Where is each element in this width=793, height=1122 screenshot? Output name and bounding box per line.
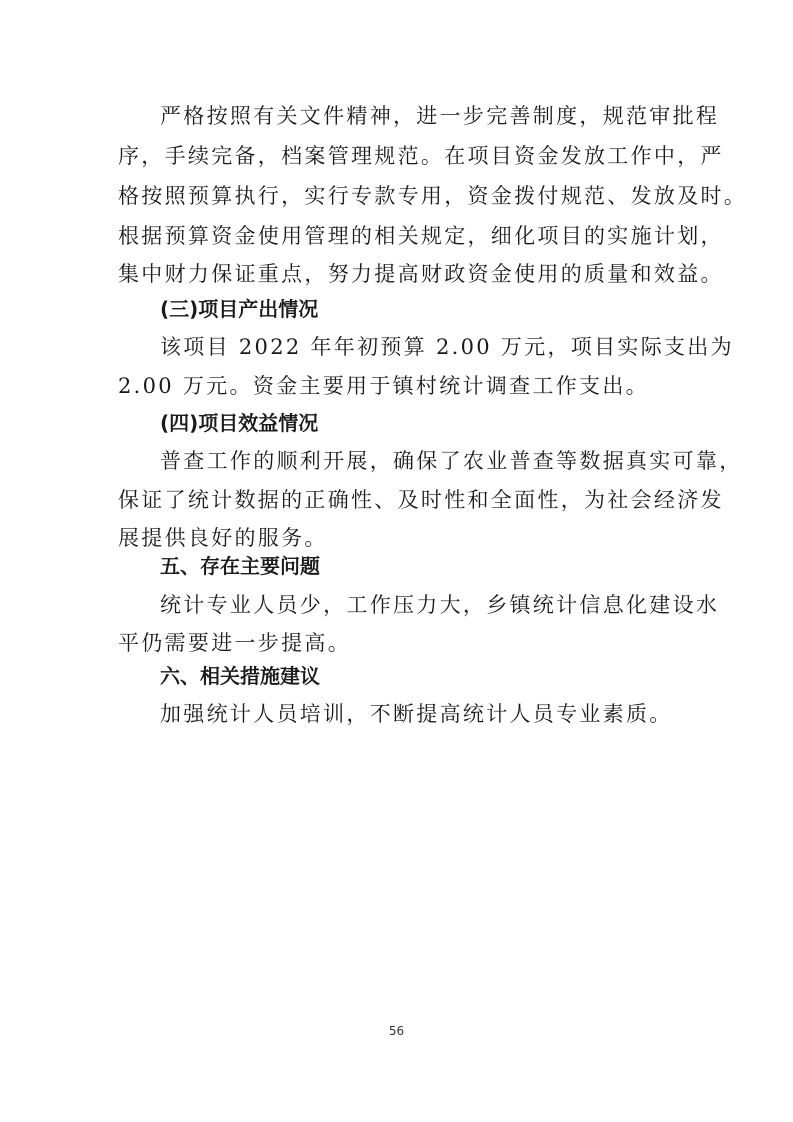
- paragraph-line: 2.00 万元。资金主要用于镇村统计调查工作支出。: [118, 371, 649, 401]
- paragraph-line: 集中财力保证重点，努力提高财政资金使用的质量和效益。: [118, 259, 724, 289]
- paragraph-line: 严格按照有关文件精神，进一步完善制度，规范审批程: [160, 101, 719, 131]
- paragraph-line: 格按照预算执行，实行专款专用，资金拨付规范、发放及时。: [118, 181, 747, 211]
- paragraph-line: 该项目 2022 年年初预算 2.00 万元，项目实际支出为: [160, 332, 734, 362]
- paragraph-line: 普查工作的顺利开展，确保了农业普查等数据真实可靠，: [160, 446, 743, 476]
- paragraph-line: 序，手续完备，档案管理规范。在项目资金发放工作中，严: [118, 141, 724, 171]
- section-heading-problems: 五、存在主要问题: [160, 551, 320, 581]
- paragraph-line: 保证了统计数据的正确性、及时性和全面性，为社会经济发: [118, 485, 724, 515]
- section-heading-benefit: (四)项目效益情况: [160, 408, 318, 438]
- section-heading-output: (三)项目产出情况: [160, 294, 318, 324]
- paragraph-line: 展提供良好的服务。: [118, 523, 328, 553]
- document-page: 严格按照有关文件精神，进一步完善制度，规范审批程 序，手续完备，档案管理规范。在…: [0, 0, 793, 1122]
- paragraph-line: 平仍需要进一步提高。: [118, 628, 351, 658]
- paragraph-line: 统计专业人员少，工作压力大，乡镇统计信息化建设水: [160, 590, 719, 620]
- section-heading-suggestions: 六、相关措施建议: [160, 661, 320, 691]
- paragraph-line: 加强统计人员培训，不断提高统计人员专业素质。: [160, 699, 673, 729]
- page-number: 56: [0, 1024, 793, 1038]
- paragraph-line: 根据预算资金使用管理的相关规定，细化项目的实施计划，: [118, 221, 724, 251]
